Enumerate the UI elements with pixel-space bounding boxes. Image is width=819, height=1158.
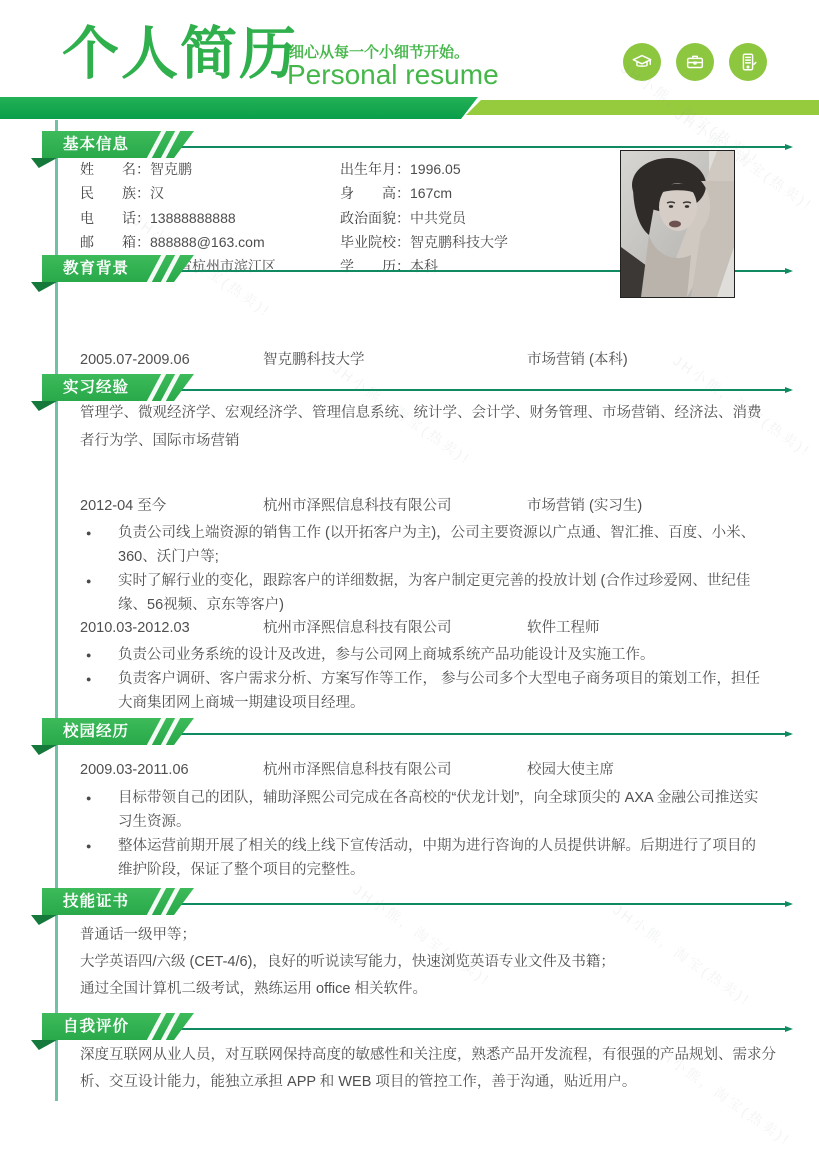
education-courses: 管理学、微观经济学、宏观经济学、管理信息系统、统计学、会计学、财务管理、市场营销… [80,399,775,455]
section-title: 技能证书 [63,888,129,915]
bullet-item: 整体运营前期开展了相关的线上线下宣传活动，中期为进行咨询的人员提供讲解。后期进行… [80,834,770,882]
field-value: 智克鹏科技大学 [410,234,508,250]
field-value: 智克鹏 [150,161,192,177]
field-value: 13888888888 [150,210,236,226]
entry-role: 市场营销 (本科) [527,350,780,370]
bullet-item: 负责公司线上端资源的销售工作 (以开拓客户为主)，公司主要资源以广点通、智汇推、… [80,521,770,569]
field-label: 出生年月： [340,161,410,177]
entry-organization: 杭州市泽熙信息科技有限公司 [263,496,527,516]
section-title: 校园经历 [63,718,129,745]
section-tab-campus: 校园经历 [42,718,194,745]
bullet-item: 目标带领自己的团队，辅助泽熙公司完成在各高校的“伏龙计划”，向全球顶尖的 AXA… [80,786,770,834]
graduation-cap-icon [623,43,661,81]
section-title: 教育背景 [63,255,129,282]
section-rule-basic [140,146,785,148]
field-value: 888888@163.com [150,234,265,250]
skill-item: 普通话一级甲等； [80,922,770,949]
internship-entry-2-bullets: 负责公司业务系统的设计及改进，参与公司网上商城系统产品功能设计及实施工作。 负责… [80,643,770,715]
section-title: 实习经验 [63,374,129,401]
field-label: 邮 箱： [80,234,150,250]
entry-organization: 杭州市泽熙信息科技有限公司 [263,618,527,638]
subtitle-english: Personal resume [287,60,499,91]
briefcase-icon [676,43,714,81]
field-value: 1996.05 [410,161,461,177]
section-tab-education: 教育背景 [42,255,194,282]
internship-entry-2: 2010.03-2012.03 杭州市泽熙信息科技有限公司 软件工程师 [80,618,780,638]
page-title: 个人简历 [62,26,298,83]
internship-entry-1: 2012-04 至今 杭州市泽熙信息科技有限公司 市场营销 (实习生) [80,496,780,516]
section-title: 自我评价 [63,1013,129,1040]
entry-role: 软件工程师 [527,618,780,638]
entry-role: 校园大使主席 [527,760,780,780]
education-entry: 2005.07-2009.06 智克鹏科技大学 市场营销 (本科) [80,350,780,370]
entry-period: 2009.03-2011.06 [80,760,263,780]
section-tab-skills: 技能证书 [42,888,194,915]
field-label: 身 高： [340,185,410,201]
field-value: 中共党员 [410,210,466,226]
field-label: 姓 名： [80,161,150,177]
section-title: 基本信息 [63,131,129,158]
entry-period: 2012-04 至今 [80,496,263,516]
internship-entry-1-bullets: 负责公司线上端资源的销售工作 (以开拓客户为主)，公司主要资源以广点通、智汇推、… [80,521,770,617]
bullet-item: 负责公司业务系统的设计及改进，参与公司网上商城系统产品功能设计及实施工作。 [80,643,770,667]
skill-item: 大学英语四/六级 (CET-4/6)，良好的听说读写能力，快速浏览英语专业文件及… [80,949,770,976]
section-tab-internship: 实习经验 [42,374,194,401]
field-value: 汉 [150,185,164,201]
notebook-pencil-icon [729,43,767,81]
field-label: 毕业院校： [340,234,410,250]
field-label: 民 族： [80,185,150,201]
field-label: 电 话： [80,210,150,226]
entry-period: 2005.07-2009.06 [80,350,263,370]
skill-item: 通过全国计算机二级考试，熟练运用 office 相关软件。 [80,976,770,1003]
campus-entry: 2009.03-2011.06 杭州市泽熙信息科技有限公司 校园大使主席 [80,760,780,780]
header-band-dark [0,97,478,119]
field-label: 政治面貌： [340,210,410,226]
portrait-photo [620,150,735,298]
header-band-light [466,100,819,115]
section-rule-skills [140,903,785,905]
entry-period: 2010.03-2012.03 [80,618,263,638]
section-rule-selfeval [140,1028,785,1030]
section-rule-campus [140,733,785,735]
bullet-item: 实时了解行业的变化，跟踪客户的详细数据，为客户制定更完善的投放计划 (合作过珍爱… [80,569,770,617]
field-value: 167cm [410,185,452,201]
campus-entry-bullets: 目标带领自己的团队，辅助泽熙公司完成在各高校的“伏龙计划”，向全球顶尖的 AXA… [80,786,770,882]
entry-organization: 智克鹏科技大学 [263,350,527,370]
self-evaluation-text: 深度互联网从业人员，对互联网保持高度的敏感性和关注度，熟悉产品开发流程，有很强的… [80,1042,780,1096]
entry-role: 市场营销 (实习生) [527,496,780,516]
section-tab-selfeval: 自我评价 [42,1013,194,1040]
bullet-item: 负责客户调研、客户需求分析、方案写作等工作， 参与公司多个大型电子商务项目的策划… [80,667,770,715]
section-rule-internship [140,389,785,391]
entry-organization: 杭州市泽熙信息科技有限公司 [263,760,527,780]
resume-page: 个人简历 细心从每一个小细节开始。 Personal resume JH小熊，淘… [0,0,819,1158]
section-tab-basic-info: 基本信息 [42,131,194,158]
